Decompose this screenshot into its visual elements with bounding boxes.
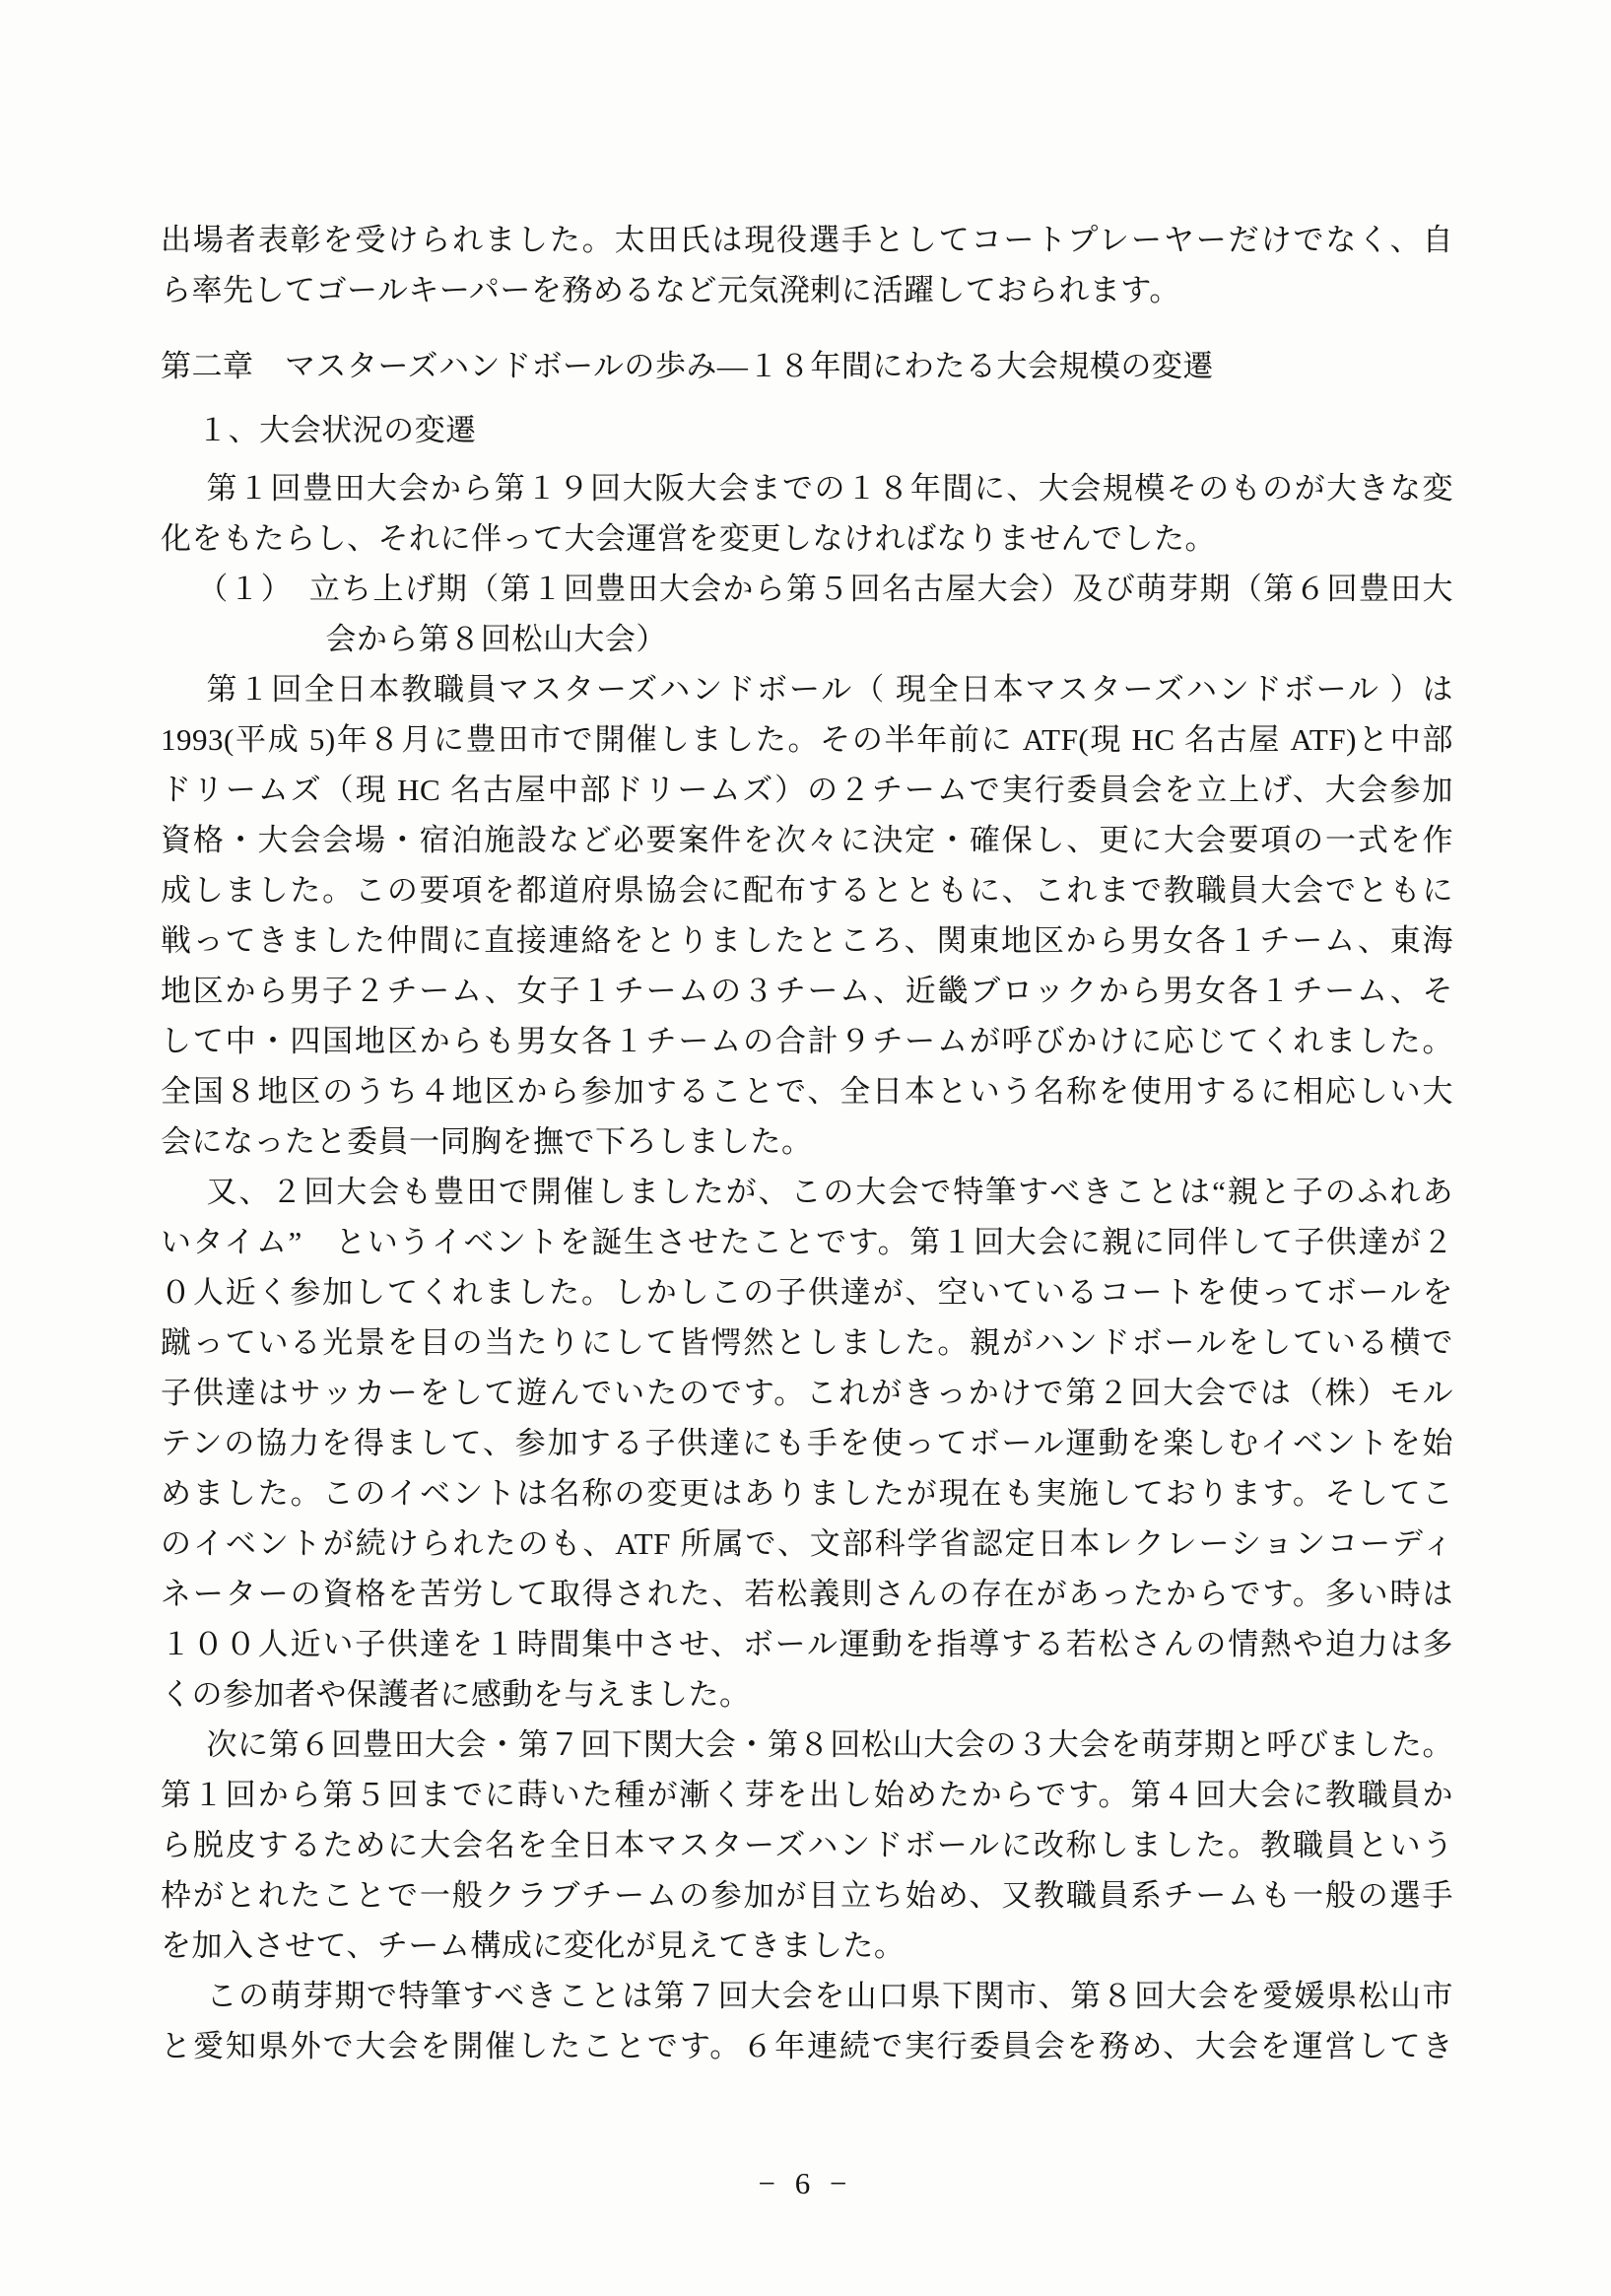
text-line: 地区から男子２チーム、女子１チームの３チーム、近畿ブロックから男女各１チーム、そ — [161, 966, 1453, 1016]
text-block: 出場者表彰を受けられました。太田氏は現役選手としてコートプレーヤーだけでなく、自… — [0, 0, 1611, 2071]
text-line: １００人近い子供達を１時間集中させ、ボール運動を指導する若松さんの情熱や迫力は多 — [161, 1619, 1453, 1669]
chapter-heading: 第二章 マスターズハンドボールの歩み―１８年間にわたる大会規模の変遷 — [161, 341, 1453, 391]
text-line: 蹴っている光景を目の当たりにして皆愕然としました。親がハンドボールをしている横で — [161, 1317, 1453, 1368]
text-line: を加入させて、チーム構成に変化が見えてきました。 — [161, 1921, 1453, 1971]
text-line: 会から第８回松山大会） — [161, 614, 1453, 664]
text-line: 第１回から第５回までに蒔いた種が漸く芽を出し始めたからです。第４回大会に教職員か — [161, 1770, 1453, 1820]
text-line: （１） 立ち上げ期（第１回豊田大会から第５回名古屋大会）及び萌芽期（第６回豊田大 — [161, 564, 1453, 614]
text-line: 出場者表彰を受けられました。太田氏は現役選手としてコートプレーヤーだけでなく、自 — [161, 215, 1453, 265]
text-line: この萌芽期で特筆すべきことは第７回大会を山口県下関市、第８回大会を愛媛県松山市 — [161, 1971, 1453, 2021]
text-line: ネーターの資格を苦労して取得された、若松義則さんの存在があったからです。多い時は — [161, 1569, 1453, 1619]
text-line: 会になったと委員一同胸を撫で下ろしました。 — [161, 1116, 1453, 1167]
text-line: 第１回全日本教職員マスターズハンドボール（ 現全日本マスターズハンドボール ）は — [161, 664, 1453, 714]
text-line: いタイム” というイベントを誕生させたことです。第１回大会に親に同伴して子供達が… — [161, 1217, 1453, 1267]
text-line: 又、２回大会も豊田で開催しましたが、この大会で特筆すべきことは“親と子のふれあ — [161, 1167, 1453, 1217]
text-line: と愛知県外で大会を開催したことです。６年連続で実行委員会を務め、大会を運営してき — [161, 2021, 1453, 2071]
text-line: ドリームズ（現 HC 名古屋中部ドリームズ）の２チームで実行委員会を立上げ、大会… — [161, 765, 1453, 815]
page-number: − 6 − — [0, 2158, 1611, 2208]
text-line: 次に第６回豊田大会・第７回下関大会・第８回松山大会の３大会を萌芽期と呼びました。 — [161, 1720, 1453, 1770]
text-line: 1993(平成 5)年８月に豊田市で開催しました。その半年前に ATF(現 HC… — [161, 714, 1453, 765]
text-line: 資格・大会会場・宿泊施設など必要案件を次々に決定・確保し、更に大会要項の一式を作 — [161, 815, 1453, 865]
document-page: 出場者表彰を受けられました。太田氏は現役選手としてコートプレーヤーだけでなく、自… — [0, 0, 1611, 2296]
text-line: 第１回豊田大会から第１９回大阪大会までの１８年間に、大会規模そのものが大きな変 — [161, 463, 1453, 513]
text-line: 子供達はサッカーをして遊んでいたのです。これがきっかけで第２回大会では（株）モル — [161, 1368, 1453, 1418]
text-line: して中・四国地区からも男女各１チームの合計９チームが呼びかけに応じてくれました。 — [161, 1016, 1453, 1066]
text-line: テンの協力を得まして、参加する子供達にも手を使ってボール運動を楽しむイベントを始 — [161, 1418, 1453, 1468]
text-line: 化をもたらし、それに伴って大会運営を変更しなければなりませんでした。 — [161, 513, 1453, 564]
section-heading: １、大会状況の変遷 — [161, 405, 1453, 455]
text-line: 枠がとれたことで一般クラブチームの参加が目立ち始め、又教職員系チームも一般の選手 — [161, 1870, 1453, 1921]
text-line: 戦ってきました仲間に直接連絡をとりましたところ、関東地区から男女各１チーム、東海 — [161, 915, 1453, 966]
text-line: くの参加者や保護者に感動を与えました。 — [161, 1669, 1453, 1720]
text-line: ら率先してゴールキーパーを務めるなど元気溌剌に活躍しておられます。 — [161, 265, 1453, 315]
text-line: 成しました。この要項を都道府県協会に配布するとともに、これまで教職員大会でともに — [161, 865, 1453, 915]
text-line: めました。このイベントは名称の変更はありましたが現在も実施しております。そしてこ — [161, 1468, 1453, 1519]
text-line: のイベントが続けられたのも、ATF 所属で、文部科学省認定日本レクレーションコー… — [161, 1519, 1453, 1569]
text-line: ら脱皮するために大会名を全日本マスターズハンドボールに改称しました。教職員という — [161, 1820, 1453, 1870]
text-line: ０人近く参加してくれました。しかしこの子供達が、空いているコートを使ってボールを — [161, 1267, 1453, 1317]
text-line: 全国８地区のうち４地区から参加することで、全日本という名称を使用するに相応しい大 — [161, 1066, 1453, 1116]
